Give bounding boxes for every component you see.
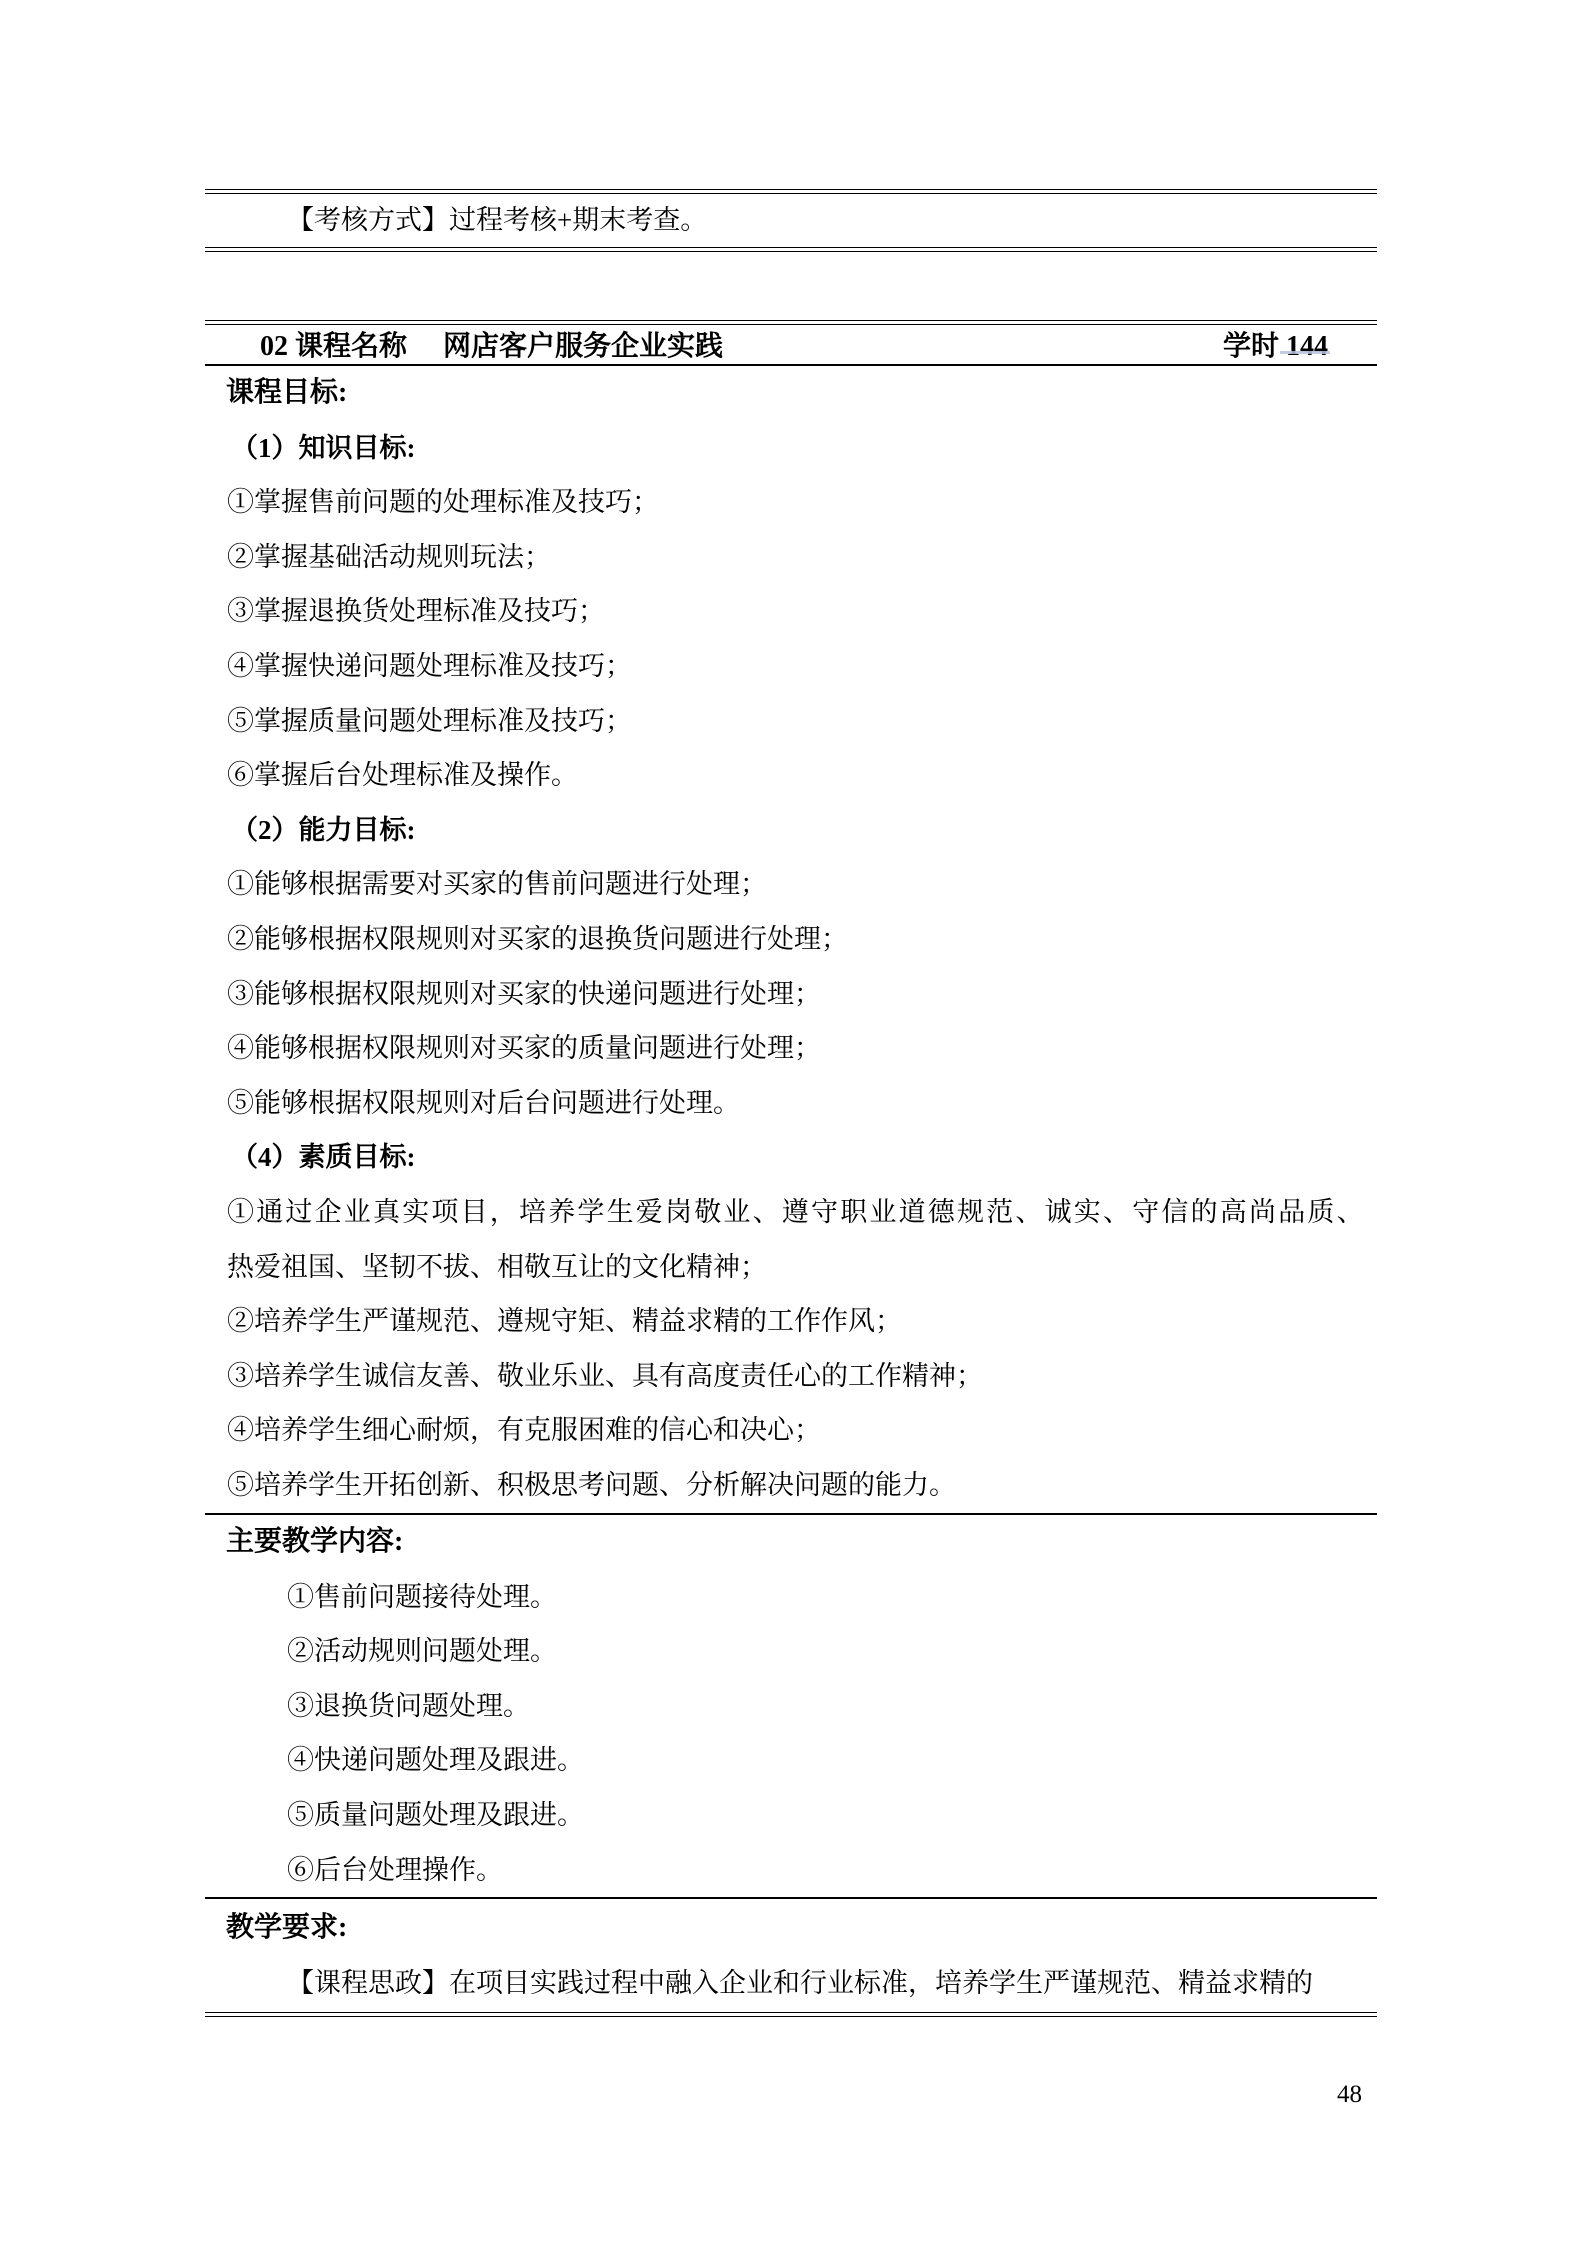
ability-item: ⑤能够根据权限规则对后台问题进行处理。	[205, 1076, 1377, 1131]
course-header-row: 02 课程名称 网店客户服务企业实践 学时 144	[205, 323, 1377, 364]
divider-page-bottom-double	[205, 2012, 1377, 2017]
teaching-requirements-section: 教学要求: 【课程思政】在项目实践过程中融入企业和行业标准，培养学生严谨规范、精…	[205, 1901, 1377, 2010]
knowledge-item: ③掌握退换货处理标准及技巧；	[205, 584, 1377, 639]
course-name: 网店客户服务企业实践	[443, 324, 723, 364]
teaching-content-item: ②活动规则问题处理。	[205, 1624, 1377, 1679]
quality-line: ③培养学生诚信友善、敬业乐业、具有高度责任心的工作精神；	[205, 1349, 1377, 1404]
page-number: 48	[1205, 2080, 1362, 2110]
quality-line: ⑤培养学生开拓创新、积极思考问题、分析解决问题的能力。	[205, 1458, 1377, 1513]
ability-goal-title: （2）能力目标:	[205, 803, 1377, 858]
teaching-content-title: 主要教学内容:	[205, 1515, 1377, 1570]
course-goals-section: 课程目标: （1）知识目标: ①掌握售前问题的处理标准及技巧； ②掌握基础活动规…	[205, 366, 1377, 1512]
divider-requirements-top-single	[205, 1897, 1377, 1899]
knowledge-item: ②掌握基础活动规则玩法；	[205, 530, 1377, 585]
grammar-check-underline	[1280, 351, 1330, 354]
teaching-content-item: ③退换货问题处理。	[205, 1679, 1377, 1734]
teaching-content-item: ⑥后台处理操作。	[205, 1843, 1377, 1898]
ability-item: ②能够根据权限规则对买家的退换货问题进行处理；	[205, 912, 1377, 967]
quality-line: ②培养学生严谨规范、遵规守矩、精益求精的工作作风；	[205, 1294, 1377, 1349]
assessment-method-line: 【考核方式】过程考核+期末考查。	[205, 194, 1459, 247]
course-code-label: 02 课程名称	[205, 324, 407, 364]
knowledge-goal-title: （1）知识目标:	[205, 421, 1377, 476]
goal-title: 课程目标:	[205, 366, 1377, 421]
ability-item: ①能够根据需要对买家的售前问题进行处理；	[205, 857, 1377, 912]
knowledge-item: ⑥掌握后台处理标准及操作。	[205, 748, 1377, 803]
teaching-content-item: ⑤质量问题处理及跟进。	[205, 1788, 1377, 1843]
teaching-content-item: ④快递问题处理及跟进。	[205, 1733, 1377, 1788]
course-hours: 学时 144	[1223, 324, 1328, 364]
quality-line: ④培养学生细心耐烦，有克服困难的信心和决心；	[205, 1403, 1377, 1458]
course-ideology-line: 【课程思政】在项目实践过程中融入企业和行业标准，培养学生严谨规范、精益求精的	[205, 1956, 1377, 2011]
knowledge-item: ④掌握快递问题处理标准及技巧；	[205, 639, 1377, 694]
ability-item: ③能够根据权限规则对买家的快递问题进行处理；	[205, 967, 1377, 1022]
quality-line: 热爱祖国、坚韧不拔、相敬互让的文化精神；	[205, 1240, 1377, 1295]
quality-goal-title: （4）素质目标:	[205, 1130, 1377, 1185]
ability-item: ④能够根据权限规则对买家的质量问题进行处理；	[205, 1021, 1377, 1076]
quality-line: ①通过企业真实项目，培养学生爱岗敬业、遵守职业道德规范、诚实、守信的高尚品质、	[205, 1185, 1377, 1240]
knowledge-item: ①掌握售前问题的处理标准及技巧；	[205, 475, 1377, 530]
knowledge-item: ⑤掌握质量问题处理标准及技巧；	[205, 694, 1377, 749]
divider-assessment-bottom-double	[205, 247, 1377, 252]
teaching-content-item: ①售前问题接待处理。	[205, 1570, 1377, 1625]
teaching-requirements-title: 教学要求:	[205, 1901, 1377, 1956]
teaching-content-section: 主要教学内容: ①售前问题接待处理。 ②活动规则问题处理。 ③退换货问题处理。 …	[205, 1515, 1377, 1897]
